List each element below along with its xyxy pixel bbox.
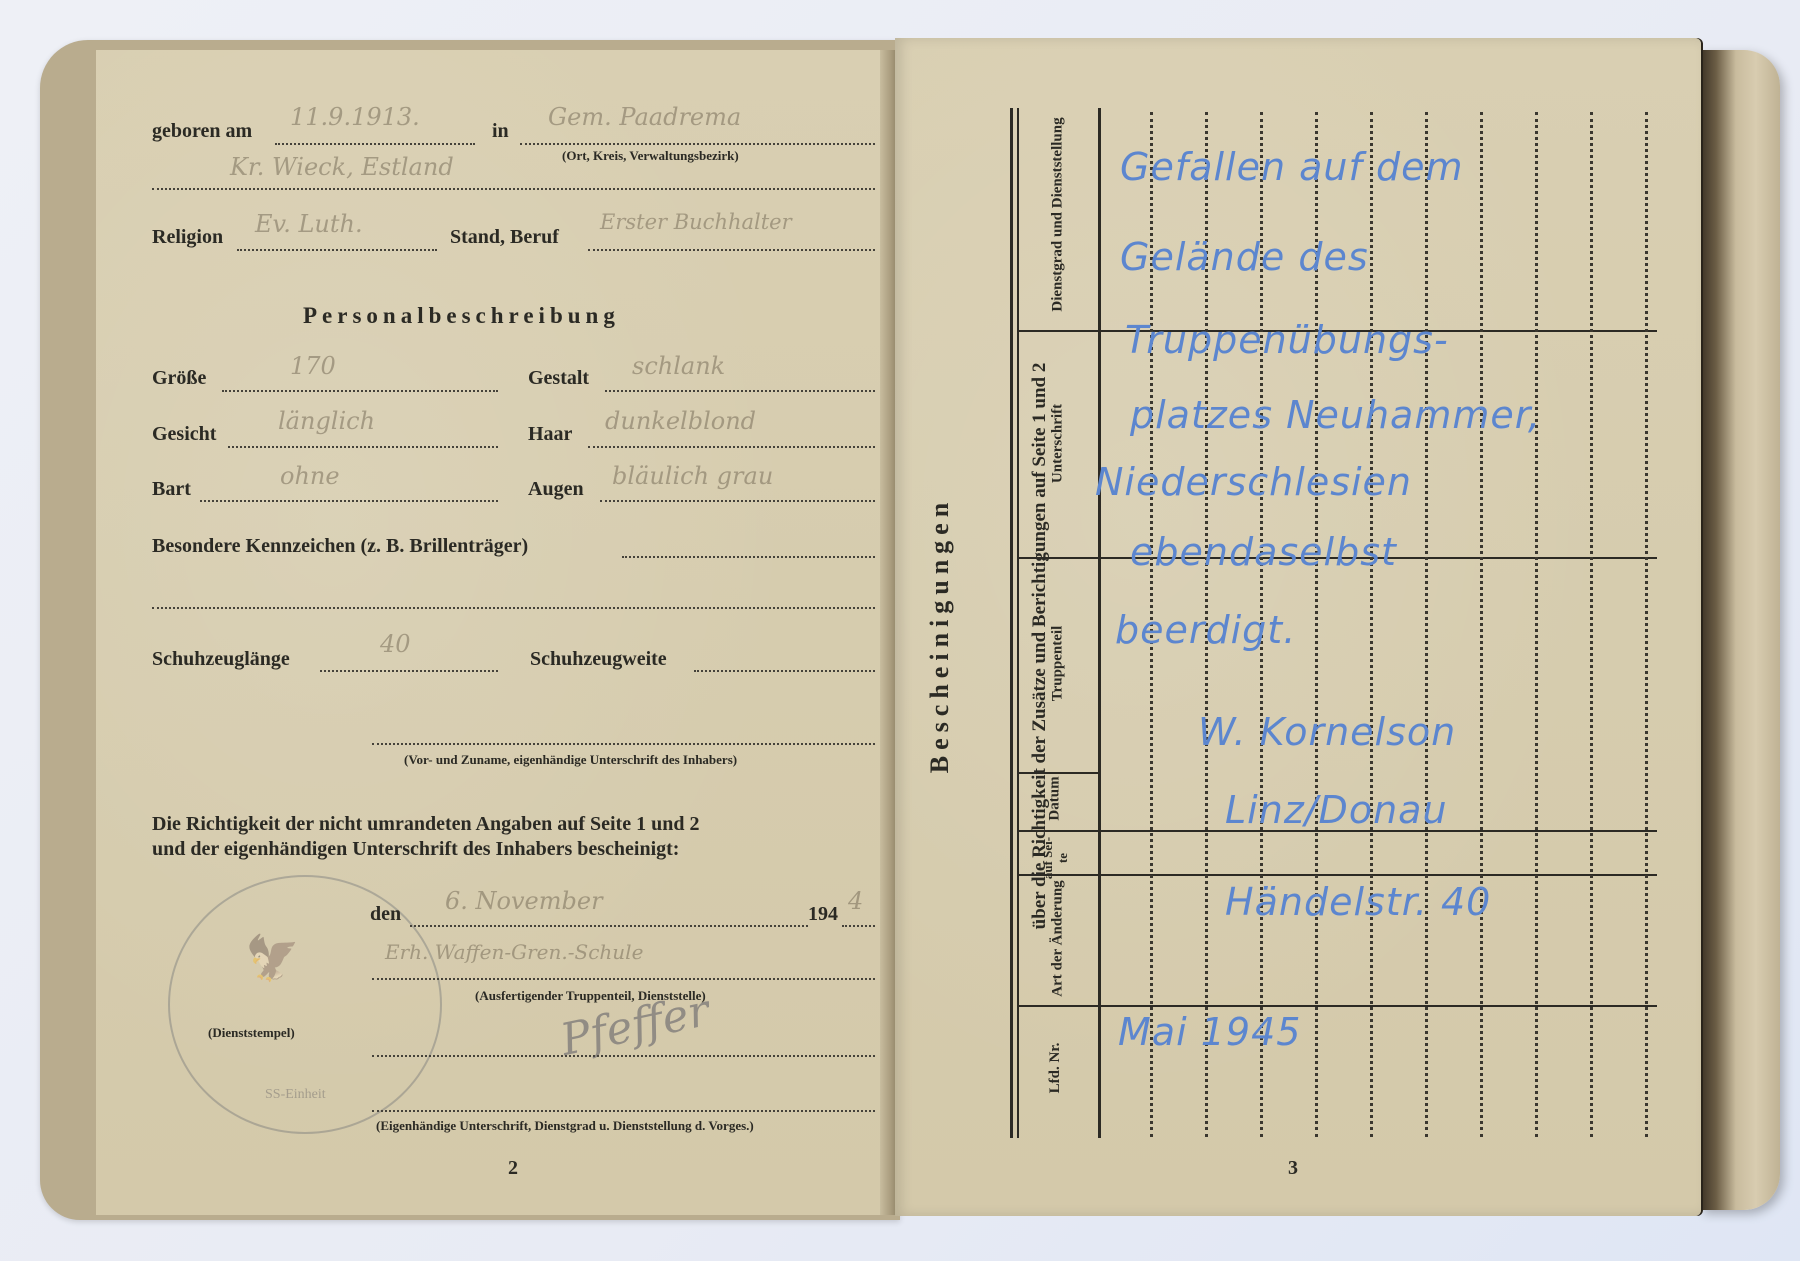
entry-line-1: Gefallen auf dem <box>1120 145 1464 189</box>
eyes-line <box>600 500 875 502</box>
religion-line <box>237 249 437 251</box>
shoe-length-value: 40 <box>380 630 411 658</box>
signature-line-2 <box>372 1110 875 1112</box>
col-header-date: Datum <box>1047 769 1064 829</box>
stamp-text: SS-Einheit <box>265 1087 326 1103</box>
entry-line-4: platzes Neuhammer, <box>1130 393 1541 437</box>
place-line-1 <box>520 143 875 145</box>
marks-label: Besondere Kennzeichen (z. B. Brillenträg… <box>152 535 528 558</box>
holder-signature-line <box>372 743 875 745</box>
entry-line-6: ebendaselbst <box>1130 530 1397 574</box>
eyes-label: Augen <box>528 478 584 501</box>
face-line <box>228 446 498 448</box>
shoe-length-label: Schuhzeuglänge <box>152 648 290 671</box>
col-header-number: Lfd. Nr. <box>1047 1038 1063 1098</box>
date-label: den <box>370 903 401 926</box>
build-label: Gestalt <box>528 367 589 390</box>
page-number-left: 2 <box>508 1157 518 1180</box>
occupation-line <box>588 249 875 251</box>
shoe-width-label: Schuhzeugweite <box>530 648 667 671</box>
dotted-rule <box>1370 112 1373 1137</box>
place-value-2: Kr. Wieck, Estland <box>230 153 454 181</box>
entry-street: Händelstr. 40 <box>1225 880 1491 924</box>
entry-line-5: Niederschlesien <box>1095 460 1412 504</box>
date-value: 6. November <box>445 887 603 915</box>
unit-line <box>372 978 875 980</box>
stamp-label: (Dienststempel) <box>208 1025 295 1041</box>
build-value: schlank <box>632 352 725 380</box>
date-line <box>410 925 808 927</box>
beard-value: ohne <box>280 462 340 490</box>
year-line <box>842 925 875 927</box>
entry-signature: W. Kornelson <box>1198 710 1456 754</box>
dotted-rule <box>1535 112 1538 1137</box>
beard-label: Bart <box>152 478 191 501</box>
height-line <box>222 390 498 392</box>
book-page-edges <box>1700 50 1780 1210</box>
entry-city: Linz/Donau <box>1225 788 1448 832</box>
build-line <box>605 390 875 392</box>
dotted-rule <box>1480 112 1483 1137</box>
beard-line <box>200 500 498 502</box>
unit-value: Erh. Waffen-Gren.-Schule <box>385 940 643 964</box>
in-label: in <box>492 120 509 143</box>
place-value-1: Gem. Paadrema <box>548 103 741 131</box>
occupation-label: Stand, Beruf <box>450 226 559 249</box>
signature-line-1 <box>372 1055 875 1057</box>
place-hint: (Ort, Kreis, Verwaltungsbezirk) <box>562 148 739 164</box>
born-value: 11.9.1913. <box>290 103 420 131</box>
eyes-value: bläulich grau <box>612 462 773 490</box>
col-header-change-type: Art der Änderung <box>1050 864 1067 1014</box>
height-value: 170 <box>290 352 336 380</box>
dotted-rule <box>1425 112 1428 1137</box>
entry-line-7: beerdigt. <box>1115 608 1296 652</box>
entry-line-2: Gelände des <box>1120 235 1369 279</box>
dotted-rule <box>1645 112 1648 1137</box>
marks-line-1 <box>622 556 875 558</box>
col-header-signature: Unterschrift <box>1050 389 1067 499</box>
place-line-2 <box>152 188 875 190</box>
description-heading: Personalbeschreibung <box>303 303 620 329</box>
shoe-width-line <box>694 670 875 672</box>
occupation-value: Erster Buchhalter <box>600 210 792 234</box>
col-header-unit: Truppenteil <box>1050 614 1067 714</box>
page-number-right: 3 <box>1288 1157 1298 1180</box>
hair-value: dunkelblond <box>605 407 756 435</box>
eagle-emblem-icon: 🦅 <box>245 932 300 984</box>
height-label: Größe <box>152 367 206 390</box>
table-border-outer <box>1010 108 1013 1138</box>
shoe-length-line <box>320 670 498 672</box>
dotted-rule <box>1590 112 1593 1137</box>
marks-line-2 <box>152 607 875 609</box>
signature-hint: (Eigenhändige Unterschrift, Dienstgrad u… <box>376 1118 754 1134</box>
hair-line <box>588 446 875 448</box>
right-page-title: Bescheinigungen <box>925 235 955 1035</box>
born-label: geboren am <box>152 120 252 143</box>
face-label: Gesicht <box>152 423 216 446</box>
certification-text-1: Die Richtigkeit der nicht umrandeten Ang… <box>152 813 699 836</box>
born-line <box>275 143 475 145</box>
religion-label: Religion <box>152 226 223 249</box>
entry-line-3: Truppenübungs- <box>1125 318 1449 362</box>
year-prefix: 194 <box>808 903 838 926</box>
table-header-divider <box>1098 108 1101 1138</box>
religion-value: Ev. Luth. <box>255 210 363 238</box>
year-suffix: 4 <box>848 887 863 915</box>
certification-text-2: und der eigenhändigen Unterschrift des I… <box>152 838 679 861</box>
row-divider-5 <box>1017 1005 1657 1007</box>
hair-label: Haar <box>528 423 572 446</box>
table-border-inner <box>1017 108 1019 1138</box>
entry-date: Mai 1945 <box>1118 1010 1301 1054</box>
face-value: länglich <box>278 407 375 435</box>
col-header-rank: Dienstgrad und Dienststellung <box>1049 115 1068 315</box>
row-divider-4 <box>1017 874 1657 876</box>
holder-signature-hint: (Vor- und Zuname, eigenhändige Unterschr… <box>404 752 737 768</box>
